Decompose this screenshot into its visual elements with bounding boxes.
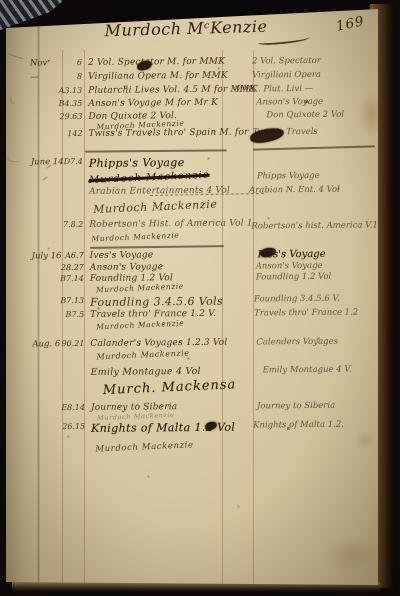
borrower-signature: Murdoch Mackenzie <box>96 282 184 295</box>
ledger-row: Murch. Mackensa <box>7 378 379 395</box>
entry-return-note: Anson's Voyage <box>256 97 323 108</box>
borrower-signature: Murdoch Mackenzie <box>96 319 184 332</box>
entry-title: Plutarchi Lives Vol. 4.5 M for MMK <box>88 84 256 95</box>
entry-shelfmark: 142 <box>55 129 83 138</box>
entry-shelfmark: 29.63 <box>54 112 82 121</box>
entry-title: Foundling 3.4.5.6 Vols <box>90 295 223 309</box>
entry-shelfmark: A6.7 <box>56 251 84 260</box>
borrower-signature: Murdoch Mackenzie <box>96 348 189 361</box>
entry-return-note: Emily Montague 4 V. <box>263 365 352 376</box>
entry-return-note: Knights of Malta 1.2. <box>253 420 344 431</box>
entry-shelfmark: B4.35 <box>54 99 82 108</box>
entry-shelfmark: 6 <box>54 58 82 67</box>
entry-title: Emily Montague 4 Vol <box>91 366 201 378</box>
entry-title: Anson's Voyage M for Mr K <box>88 98 218 109</box>
borrower-signature: Murdoch Mackenzie <box>93 198 218 216</box>
ledger-row: Murdoch Mackenzie <box>5 198 377 215</box>
entry-shelfmark: D7.4 <box>55 157 83 166</box>
ledger-row: June 14D7.4Phipps's VoyagePhipps Voyage <box>5 154 377 171</box>
ledger-row: Murdoch Mackenzie <box>6 348 378 365</box>
entry-return-note: Foundling 3.4.5.6 V. <box>254 294 340 305</box>
entry-return-note: Virgiliani Opera <box>252 70 321 81</box>
entry-return-note: Journey to Siberia <box>257 401 335 412</box>
entry-title: Arabian Entertainments 4 Vol <box>89 186 230 197</box>
entry-title: Phipps's Voyage <box>89 156 185 170</box>
entry-return-note: Arabian N. Ent. 4 Vol <box>249 185 340 196</box>
entry-shelfmark: 26.15 <box>57 422 85 431</box>
entry-title: Ives's Voyage <box>90 250 154 261</box>
entry-title: Travels thro' France 1.2 V. <box>90 309 216 320</box>
entry-shelfmark: B7.14 <box>56 274 84 283</box>
ledger-row: 142Twiss's Travels thro' Spain M. forTwi… <box>5 126 377 143</box>
entry-shelfmark: E8.14 <box>57 403 85 412</box>
ledger-page: Murdoch MᶜKenzie 169 Novʳ62 Vol. Spectat… <box>6 6 378 588</box>
entry-title: Twiss's Travels thro' Spain M. for <box>89 128 249 139</box>
entry-shelfmark: 28.27 <box>56 263 84 272</box>
binding-cloth <box>0 0 64 30</box>
entry-shelfmark: B7.5 <box>56 310 84 319</box>
scanned-ledger-photo: Murdoch MᶜKenzie 169 Novʳ62 Vol. Spectat… <box>0 0 400 596</box>
entry-return-note: 2 Vol. Spectator <box>252 56 321 67</box>
entry-return-note: Anson's Voyage <box>256 261 323 272</box>
entry-shelfmark: B7.13 <box>56 296 84 305</box>
entry-shelfmark: A3.13 <box>54 86 82 95</box>
entry-title: Robertson's Hist. of America Vol 1 <box>89 218 253 229</box>
entry-return-note: MMK. Plut. Livi — <box>234 84 313 95</box>
entry-return-note: Travels thro' France 1.2 <box>254 308 358 319</box>
entry-return-note: Calenders Voyages <box>256 337 338 348</box>
borrower-signature: Murdoch Mackenzie <box>91 231 179 244</box>
borrower-signature: Murch. Mackensa <box>103 377 237 398</box>
entry-title: Calander's Voyages 1.2.3 Vol <box>90 338 227 349</box>
entry-shelfmark: 90.21 <box>56 339 84 348</box>
ledger-row: Murdoch Mackenzie <box>6 318 378 335</box>
entry-title: Anson's Voyage <box>90 262 164 273</box>
ledger-row: Murdoch Mackenzie <box>5 230 377 247</box>
ledger-row: Murdoch Mackenzie <box>7 440 379 457</box>
entry-shelfmark: 7.8.2 <box>55 220 83 229</box>
borrower-signature: Murdoch Mackenzie <box>95 440 194 454</box>
entry-shelfmark: 8 <box>54 72 82 81</box>
entry-title: Virgiliana Opera M. for MMK <box>88 71 228 82</box>
entry-title: 2 Vol. Spectator M. for MMK <box>88 57 225 68</box>
entry-return-note: Foundling 1.2 Vol <box>256 272 332 283</box>
ledger-rows: Novʳ62 Vol. Spectator M. for MMK2 Vol. S… <box>3 4 380 589</box>
ledger-row: 26.15Knights of Malta 1.2 VolKnights of … <box>7 419 379 436</box>
